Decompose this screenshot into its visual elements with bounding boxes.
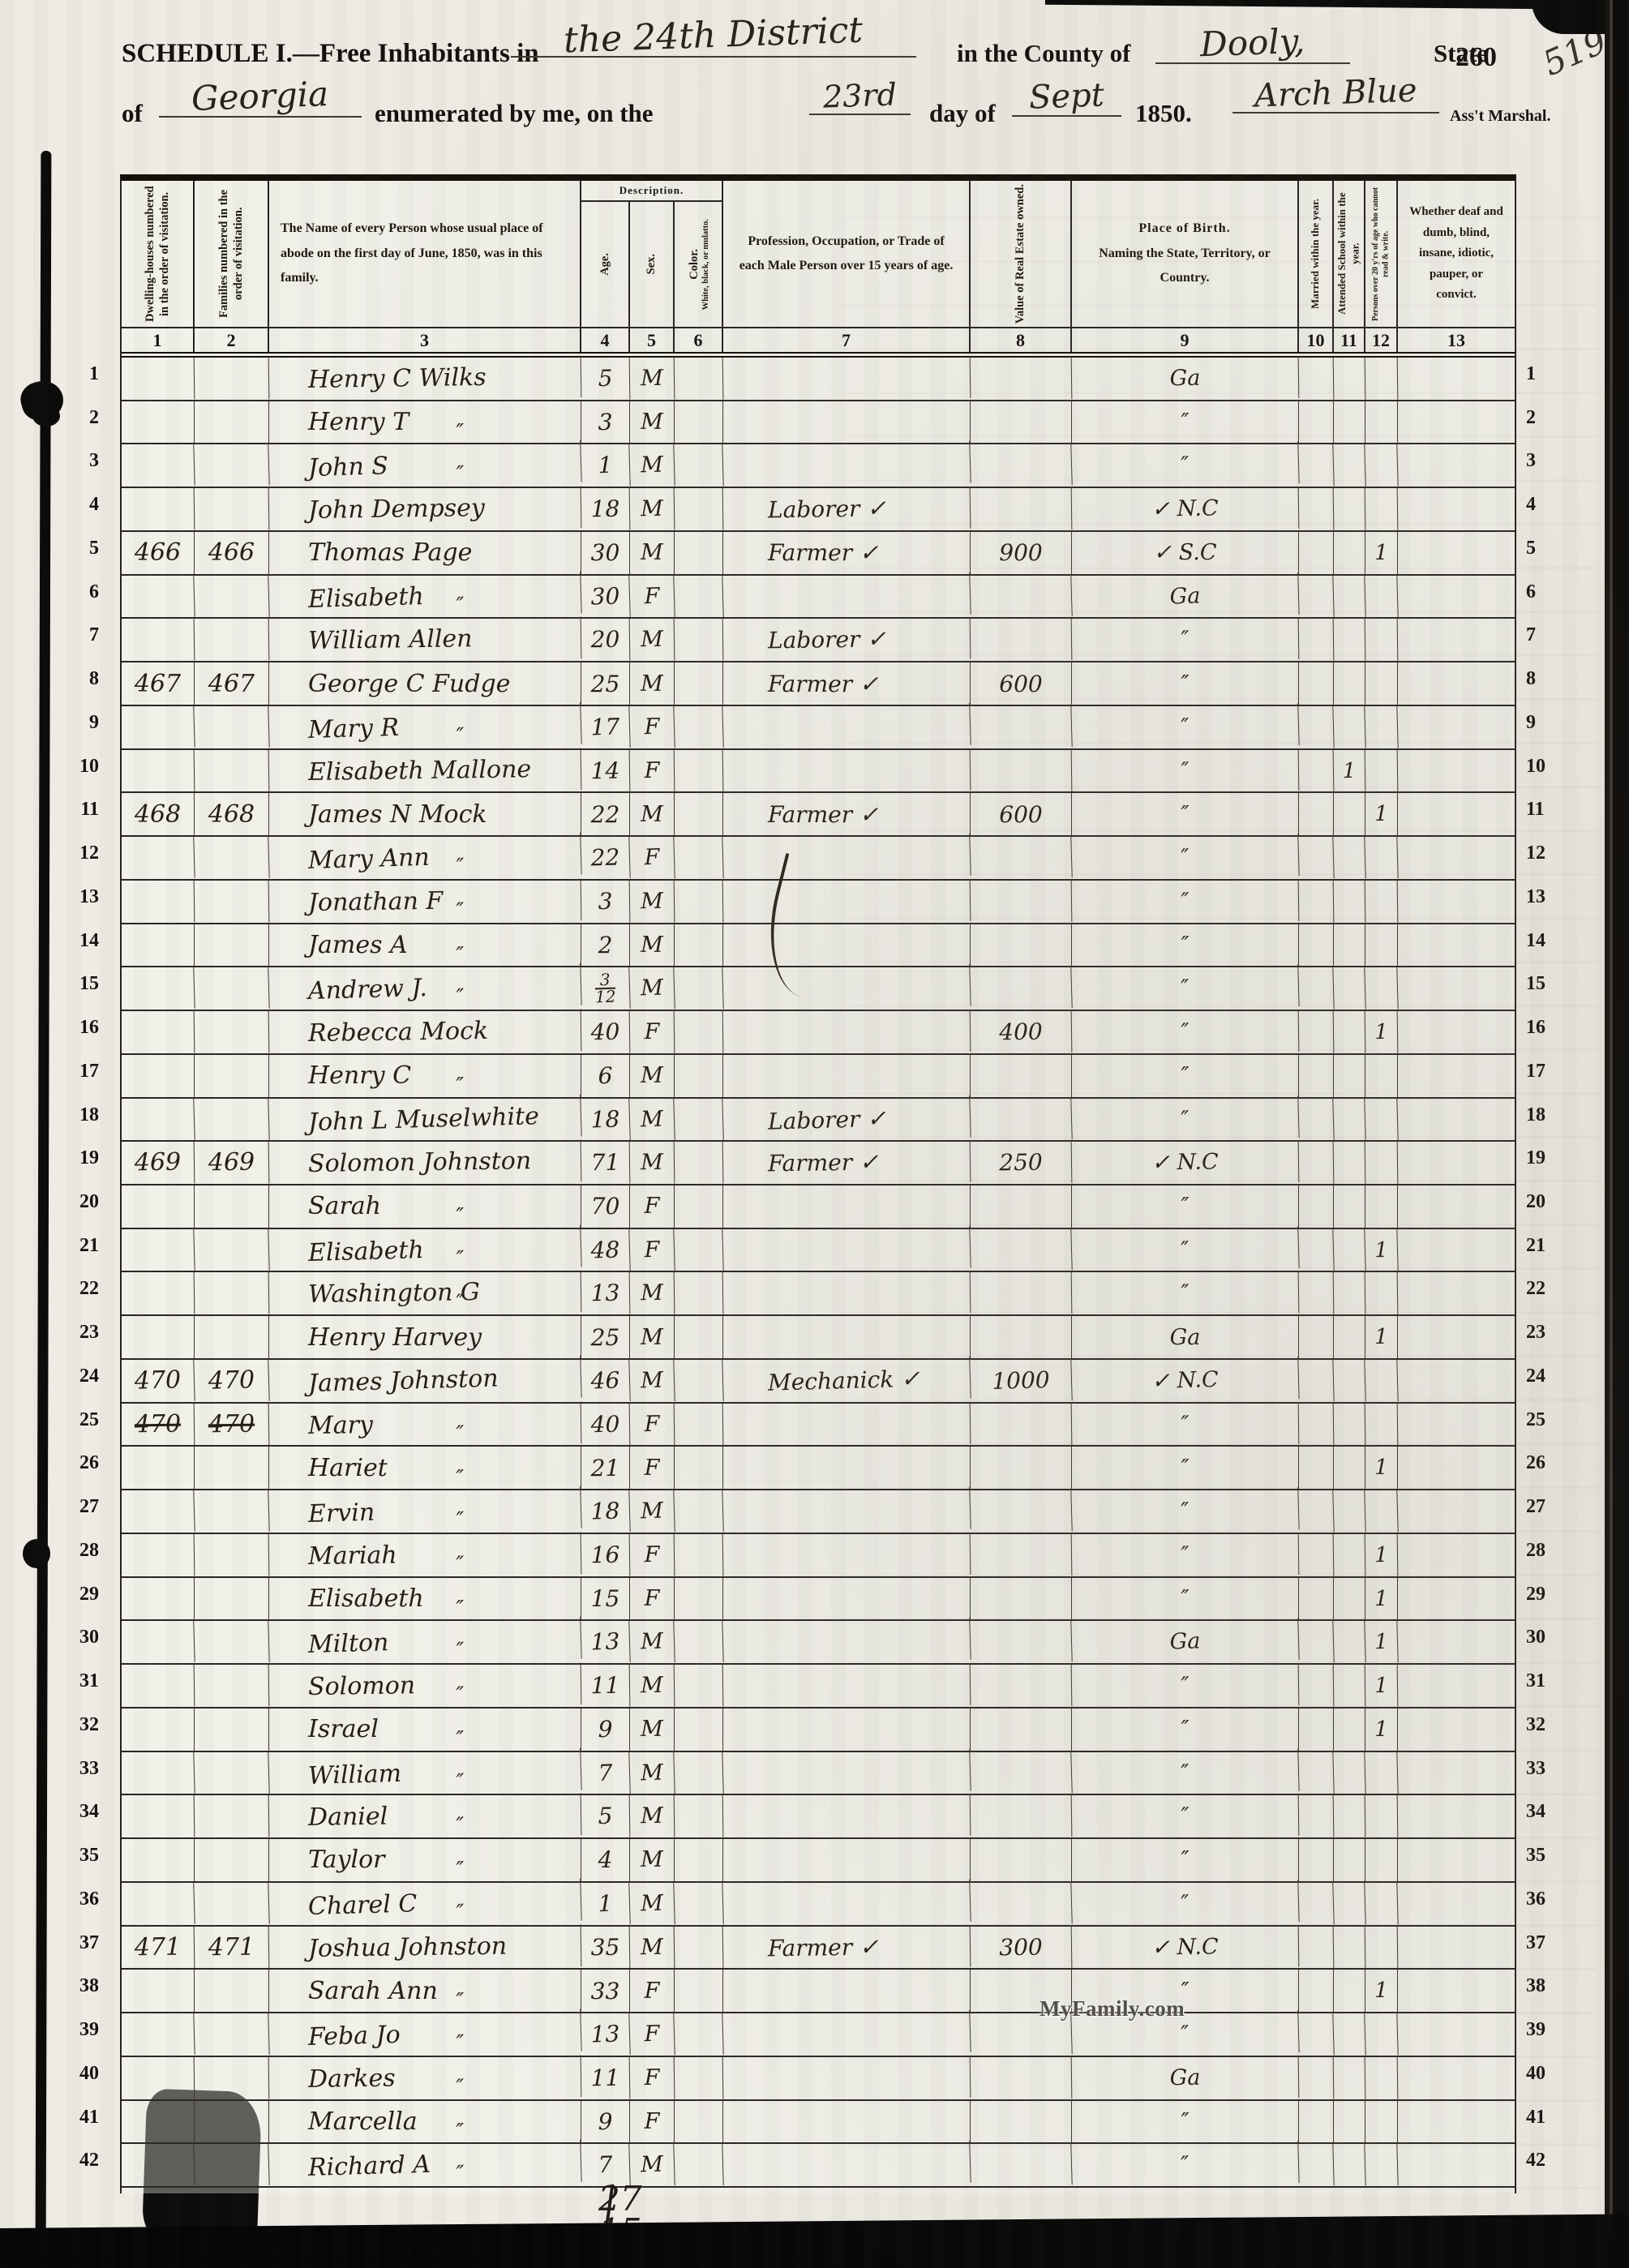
married-in-year-cell	[1299, 401, 1334, 444]
occupation-cell: Laborer ✓	[723, 617, 971, 662]
married-in-year-cell	[1299, 1272, 1335, 1314]
table-row: John L Muselwhite18MLaborer ✓″	[122, 1099, 1515, 1143]
right-row-number: 8	[1521, 668, 1570, 712]
birthplace-cell: ″	[1071, 834, 1299, 882]
occupation-cell	[723, 1578, 971, 1620]
sex-cell: M	[630, 880, 675, 923]
right-row-number: 38	[1521, 1975, 1570, 2019]
family-number-cell: 469	[195, 1142, 270, 1185]
occupation-cell	[722, 572, 971, 620]
dwelling-number-cell	[121, 444, 195, 487]
attended-school-cell	[1334, 881, 1366, 923]
marshal-handwriting: Arch Blue	[1254, 72, 1417, 115]
birthplace-cell: ″	[1072, 924, 1299, 967]
right-row-number: 2	[1521, 407, 1570, 451]
married-in-year-cell	[1299, 749, 1335, 791]
occupation-cell	[723, 924, 971, 967]
color-cell	[675, 880, 724, 923]
family-number-cell	[195, 924, 269, 967]
col-header-married: Married within the year.	[1299, 181, 1334, 327]
right-row-number: 27	[1521, 1496, 1570, 1540]
married-in-year-cell	[1299, 1055, 1334, 1097]
column-number: 1	[122, 328, 195, 352]
condition-cell	[1397, 705, 1515, 750]
left-row-number: 27	[54, 1496, 107, 1540]
family-number-cell	[194, 1228, 269, 1271]
left-row-number: 32	[54, 1714, 107, 1758]
birthplace-cell: ″	[1072, 1533, 1300, 1578]
name-cell: Feba Jo″	[268, 2009, 581, 2060]
table-row: Henry T″3M″	[122, 401, 1515, 445]
occupation-cell: Farmer ✓	[723, 793, 971, 835]
married-in-year-cell	[1299, 1534, 1335, 1576]
real-estate-value-cell	[971, 749, 1073, 792]
attended-school-cell: 1	[1334, 749, 1366, 791]
real-estate-value-cell	[971, 1272, 1073, 1315]
right-row-number: 42	[1521, 2150, 1570, 2193]
sex-cell: M	[629, 1359, 675, 1402]
color-cell	[674, 1490, 723, 1533]
age-cell: 16	[581, 1534, 631, 1577]
condition-cell	[1397, 574, 1515, 620]
table-row: 466466Thomas Page30MFarmer ✓900✓ S.C1	[122, 532, 1515, 576]
real-estate-value-cell: 300	[971, 1926, 1073, 1969]
dwelling-number-cell	[122, 488, 195, 531]
left-row-number: 28	[54, 1540, 107, 1584]
dwelling-number-cell	[122, 749, 195, 792]
scan-edge-right	[1605, 0, 1629, 2268]
table-row: Sarah Ann″33F″1	[122, 1970, 1515, 2013]
married-in-year-cell	[1298, 967, 1334, 1010]
attended-school-cell	[1334, 1447, 1365, 1489]
left-row-number: 35	[54, 1845, 107, 1889]
real-estate-value-cell: 600	[971, 662, 1072, 705]
cannot-read-write-cell	[1365, 2144, 1398, 2187]
cannot-read-write-cell	[1365, 358, 1399, 400]
cannot-read-write-cell	[1365, 2013, 1398, 2056]
condition-cell	[1397, 1751, 1515, 1796]
right-row-number: 33	[1521, 1758, 1570, 1802]
person-name: Feba Jo	[308, 2021, 401, 2051]
color-cell	[674, 1882, 723, 1925]
color-cell	[675, 1665, 724, 1708]
occupation-cell	[723, 1970, 971, 2012]
dwelling-number-cell	[122, 1010, 195, 1053]
color-cell	[675, 401, 723, 444]
dwelling-number-cell	[122, 619, 195, 662]
birthplace-cell: ✓ N.C	[1072, 487, 1300, 532]
family-number-cell	[195, 2101, 269, 2143]
sex-cell: F	[629, 575, 675, 618]
cannot-read-write-cell	[1365, 1490, 1398, 1533]
column-number: 7	[723, 328, 971, 352]
real-estate-value-cell	[970, 1228, 1072, 1272]
cannot-read-write-cell	[1365, 662, 1398, 705]
family-number-cell	[194, 1882, 269, 1926]
cannot-read-write-cell	[1365, 1751, 1398, 1794]
table-row: Ervin″18M″	[122, 1490, 1515, 1534]
family-number-cell: 471	[195, 1926, 270, 1969]
age-cell: 312	[581, 967, 630, 1010]
attended-school-cell	[1334, 924, 1365, 967]
column-number: 6	[675, 328, 723, 352]
left-row-number: 30	[54, 1627, 107, 1670]
real-estate-value-cell	[970, 705, 1072, 749]
cannot-read-write-cell	[1365, 881, 1399, 923]
married-in-year-cell	[1299, 1665, 1335, 1707]
age-cell: 9	[581, 2101, 630, 2143]
color-cell	[675, 662, 723, 705]
real-estate-value-cell	[971, 1055, 1072, 1097]
sex-cell: F	[630, 1011, 675, 1053]
ditto-mark: ″	[456, 2162, 465, 2186]
name-cell: Darkes″	[269, 2055, 582, 2101]
ditto-mark: ″	[456, 1814, 464, 1838]
color-cell	[675, 358, 724, 401]
sex-cell: M	[630, 1926, 675, 1968]
attended-school-cell	[1334, 1534, 1366, 1576]
left-row-number: 1	[54, 363, 107, 407]
real-estate-value-cell	[970, 967, 1072, 1011]
right-row-number: 9	[1521, 712, 1570, 756]
condition-cell	[1398, 1010, 1515, 1054]
married-in-year-cell	[1298, 1228, 1334, 1271]
day-of-label: day of	[929, 99, 996, 128]
dwelling-number-cell: 468	[122, 793, 195, 835]
name-cell: Rebecca Mock	[269, 1009, 582, 1055]
condition-cell	[1398, 1839, 1515, 1881]
left-row-number: 38	[54, 1975, 107, 2019]
married-in-year-cell	[1299, 1926, 1335, 1968]
real-estate-value-cell	[970, 1620, 1072, 1665]
age-cell: 3	[581, 880, 631, 923]
person-name: Israel	[308, 1715, 379, 1743]
person-name: Sarah Ann	[308, 1977, 438, 2005]
sex-cell: F	[630, 1403, 675, 1445]
sex-cell: M	[629, 1751, 675, 1794]
person-name: John L Muselwhite	[308, 1102, 540, 1137]
table-row: Darkes″11FGa	[122, 2057, 1515, 2101]
dwelling-number-cell	[121, 1490, 195, 1533]
age-cell: 11	[581, 2056, 631, 2099]
ditto-mark: ″	[456, 1291, 464, 1315]
sex-cell: M	[630, 793, 675, 835]
condition-cell	[1398, 1578, 1515, 1620]
cannot-read-write-cell	[1365, 1142, 1399, 1184]
name-cell: Israel″	[269, 1709, 581, 1751]
person-name: Elisabeth	[308, 582, 425, 614]
table-row: Washington G″13M″	[122, 1272, 1515, 1316]
col-header-age: Age.	[581, 202, 630, 327]
left-row-number: 29	[54, 1584, 107, 1627]
cannot-read-write-cell: 1	[1365, 1534, 1399, 1576]
age-cell: 71	[581, 1142, 631, 1185]
occupation-cell	[722, 1487, 971, 1536]
family-number-cell	[195, 1533, 270, 1576]
sex-cell: F	[630, 2056, 675, 2099]
attended-school-cell	[1333, 1098, 1365, 1141]
name-cell: Elisabeth″	[268, 571, 581, 621]
person-name: James A	[308, 931, 408, 959]
real-estate-value-cell: 1000	[970, 1358, 1072, 1403]
table-row: 467467George C Fudge25MFarmer ✓600″	[122, 662, 1515, 706]
schedule-title: SCHEDULE I.—Free Inhabitants in	[122, 39, 539, 69]
name-cell: John L Muselwhite	[268, 1094, 581, 1144]
person-name: Mary R	[308, 714, 400, 744]
table-row: Elisabeth″15F″1	[122, 1578, 1515, 1622]
sex-cell: F	[630, 1447, 675, 1489]
table-row: Feba Jo″13F″	[122, 2013, 1515, 2057]
person-name: Washington G	[308, 1279, 480, 1310]
family-number-cell	[194, 2143, 269, 2187]
color-cell	[675, 793, 723, 835]
name-cell: Elisabeth Mallone	[269, 748, 582, 794]
occupation-cell: Farmer ✓	[723, 662, 971, 705]
right-row-number: 28	[1521, 1540, 1570, 1584]
condition-cell	[1397, 1097, 1515, 1143]
family-number-cell	[195, 488, 270, 531]
dwelling-number-cell	[122, 1533, 195, 1576]
name-cell: Joshua Johnston	[269, 1924, 582, 1970]
left-row-number: 7	[54, 624, 107, 668]
real-estate-value-cell	[970, 1751, 1072, 1795]
condition-cell	[1397, 2012, 1515, 2057]
attended-school-cell	[1333, 2144, 1365, 2187]
col-header-families: Families numbered in the order of visita…	[195, 181, 269, 327]
person-name: Solomon Johnston	[308, 1147, 532, 1179]
col-header-birthplace-label: Place of Birth.	[1138, 221, 1230, 235]
right-row-number: 23	[1521, 1322, 1570, 1366]
attended-school-cell	[1334, 662, 1365, 705]
right-row-number: 37	[1521, 1932, 1570, 1976]
table-row: Hariet″21F″1	[122, 1447, 1515, 1490]
birthplace-cell: ″	[1072, 1663, 1300, 1709]
color-cell	[675, 1403, 724, 1446]
condition-cell	[1397, 1489, 1515, 1534]
married-in-year-cell	[1299, 1185, 1334, 1228]
dwelling-number-cell	[122, 1185, 195, 1228]
name-cell: James N Mock	[269, 793, 581, 835]
condition-cell	[1398, 618, 1515, 662]
married-in-year-cell	[1299, 1142, 1335, 1184]
real-estate-value-cell	[971, 1709, 1072, 1751]
col-header-birthplace-sub: Naming the State, Territory, or Country.	[1099, 247, 1271, 285]
birthplace-cell: ″	[1071, 703, 1299, 752]
ditto-mark: ″	[456, 1727, 464, 1751]
left-row-number: 24	[54, 1366, 107, 1409]
right-row-number: 18	[1521, 1104, 1570, 1148]
condition-cell	[1397, 1881, 1515, 1927]
right-row-number: 12	[1521, 842, 1570, 886]
married-in-year-cell	[1298, 837, 1334, 880]
dwelling-number-cell	[122, 1272, 195, 1315]
color-cell	[675, 532, 723, 574]
attended-school-cell	[1333, 1228, 1365, 1271]
right-row-number: 30	[1521, 1627, 1570, 1670]
dwelling-number-cell	[121, 705, 195, 749]
married-in-year-cell	[1299, 1839, 1334, 1881]
person-name: Solomon	[308, 1672, 416, 1702]
ink-blot	[23, 1539, 50, 1568]
color-cell	[675, 2056, 724, 2099]
family-number-cell	[195, 1055, 269, 1097]
age-cell: 20	[581, 619, 631, 662]
condition-cell	[1398, 1664, 1515, 1708]
sex-cell: M	[630, 1055, 675, 1097]
cannot-read-write-cell	[1365, 924, 1398, 967]
age-cell: 18	[581, 1098, 630, 1141]
description-group-label: Description.	[581, 181, 722, 202]
left-row-number: 8	[54, 668, 107, 712]
married-in-year-cell	[1299, 1578, 1334, 1620]
color-cell	[675, 1055, 723, 1097]
color-cell	[675, 1272, 724, 1315]
left-row-number: 22	[54, 1278, 107, 1322]
right-row-number: 14	[1521, 930, 1570, 974]
married-in-year-cell	[1299, 1709, 1334, 1751]
scan-edge-bottom	[0, 2231, 1629, 2268]
col-header-married-label: Married within the year.	[1309, 199, 1322, 309]
occupation-cell	[723, 1402, 971, 1447]
attended-school-cell	[1334, 1011, 1366, 1053]
color-cell	[674, 575, 723, 618]
state-fill: Georgia	[159, 76, 362, 118]
age-cell: 22	[581, 836, 630, 879]
ditto-mark: ″	[456, 898, 464, 923]
ditto-mark: ″	[456, 2120, 464, 2144]
color-cell	[675, 1578, 723, 1620]
age-fraction: 312	[594, 972, 616, 1005]
real-estate-value-cell	[970, 444, 1072, 488]
real-estate-value-cell	[970, 1489, 1072, 1533]
col-header-value: Value of Real Estate owned.	[971, 181, 1072, 327]
birthplace-cell: ″	[1072, 1794, 1300, 1839]
real-estate-value-cell	[971, 880, 1073, 923]
col-header-condition: Whether deaf and dumb, blind, insane, id…	[1398, 181, 1515, 327]
col-header-dwelling: Dwelling-houses numbered in the order of…	[122, 181, 195, 327]
table-row: 471471Joshua Johnston35MFarmer ✓300✓ N.C	[122, 1927, 1515, 1970]
dwelling-number-cell	[121, 1882, 195, 1926]
ditto-mark: ″	[456, 1247, 465, 1271]
birthplace-cell: ″	[1072, 401, 1299, 444]
married-in-year-cell	[1298, 1621, 1334, 1664]
attended-school-cell	[1333, 1359, 1365, 1402]
ditto-mark: ″	[456, 1421, 464, 1446]
left-row-number: 4	[54, 494, 107, 538]
birthplace-cell: ″	[1072, 1402, 1300, 1447]
family-number-cell	[195, 1795, 270, 1838]
left-row-number: 39	[54, 2019, 107, 2063]
real-estate-value-cell: 400	[971, 1010, 1073, 1053]
age-cell: 70	[581, 1185, 630, 1228]
family-number-cell	[195, 1970, 269, 2012]
dwelling-number-cell: 470	[121, 1359, 195, 1403]
right-row-number: 16	[1521, 1017, 1570, 1061]
birthplace-cell: ″	[1072, 879, 1300, 924]
condition-cell	[1398, 1141, 1515, 1185]
birthplace-cell: ″	[1072, 662, 1299, 705]
real-estate-value-cell	[970, 574, 1072, 619]
married-in-year-cell	[1299, 1447, 1334, 1489]
person-name: Henry C	[308, 1061, 411, 1090]
ditto-mark: ″	[456, 462, 465, 487]
birthplace-cell: ″	[1072, 1578, 1299, 1620]
person-name: Rebecca Mock	[308, 1017, 489, 1048]
real-estate-value-cell	[971, 619, 1073, 662]
real-estate-value-cell: 600	[971, 793, 1072, 835]
ditto-mark: ″	[456, 1901, 465, 1925]
condition-cell	[1398, 1185, 1515, 1228]
left-row-number: 3	[54, 450, 107, 494]
left-row-number: 17	[54, 1061, 107, 1104]
cannot-read-write-cell	[1365, 967, 1398, 1010]
dwelling-number-cell: 466	[122, 532, 195, 574]
person-name: Taylor	[308, 1846, 385, 1874]
left-row-number: 33	[54, 1758, 107, 1802]
cannot-read-write-cell	[1365, 1055, 1398, 1097]
age-cell: 35	[581, 1926, 631, 1969]
district-handwriting: the 24th District	[564, 10, 864, 62]
birthplace-cell: ″	[1071, 1487, 1299, 1536]
column-number: 12	[1365, 328, 1398, 352]
table-row: Marcella″9F″	[122, 2101, 1515, 2145]
sex-cell: M	[630, 401, 675, 444]
real-estate-value-cell	[971, 1664, 1073, 1707]
married-in-year-cell	[1299, 1403, 1335, 1445]
col-header-sex-label: Sex.	[644, 254, 658, 274]
color-cell	[675, 1970, 723, 2012]
person-name: Henry Harvey	[308, 1323, 482, 1352]
sex-cell: F	[629, 1228, 675, 1271]
attended-school-cell	[1334, 488, 1366, 530]
real-estate-value-cell	[971, 1533, 1073, 1576]
cannot-read-write-cell: 1	[1365, 1709, 1398, 1751]
color-cell	[674, 1098, 723, 1141]
color-cell	[674, 705, 723, 748]
ditto-mark: ″	[456, 943, 464, 967]
cannot-read-write-cell	[1365, 2057, 1399, 2099]
dwelling-number-cell	[122, 1970, 195, 2012]
condition-cell	[1398, 1403, 1515, 1447]
color-cell	[675, 749, 724, 792]
attended-school-cell	[1333, 1490, 1365, 1533]
birthplace-cell: ″	[1072, 793, 1299, 835]
table-row: 470470James Johnston46MMechanick ✓1000✓ …	[122, 1360, 1515, 1404]
attended-school-cell	[1334, 1665, 1366, 1707]
name-cell: Mary Ann″	[268, 833, 581, 883]
person-name: James N Mock	[308, 800, 487, 829]
name-cell: Henry C Wilks	[269, 355, 582, 401]
dwelling-number-cell	[121, 2143, 195, 2187]
col-header-families-label: Families numbered in the order of visita…	[216, 181, 246, 327]
right-row-number: 17	[1521, 1061, 1570, 1104]
married-in-year-cell	[1298, 2013, 1334, 2056]
attended-school-cell	[1334, 1709, 1365, 1751]
condition-cell	[1398, 1055, 1515, 1097]
married-in-year-cell	[1299, 488, 1335, 530]
name-cell: Marcella″	[269, 2101, 581, 2143]
real-estate-value-cell	[971, 1794, 1073, 1837]
name-cell: James A″	[269, 924, 581, 967]
table-row: Mary R″17F″	[122, 706, 1515, 750]
person-name: Thomas Page	[308, 538, 472, 567]
sex-cell: M	[629, 1882, 675, 1925]
age-cell: 22	[581, 793, 630, 835]
marshal-fill: Arch Blue	[1232, 75, 1439, 114]
right-row-number: 34	[1521, 1801, 1570, 1845]
name-cell: Washington G″	[269, 1271, 582, 1317]
table-row: 468468James N Mock22MFarmer ✓600″1	[122, 793, 1515, 837]
